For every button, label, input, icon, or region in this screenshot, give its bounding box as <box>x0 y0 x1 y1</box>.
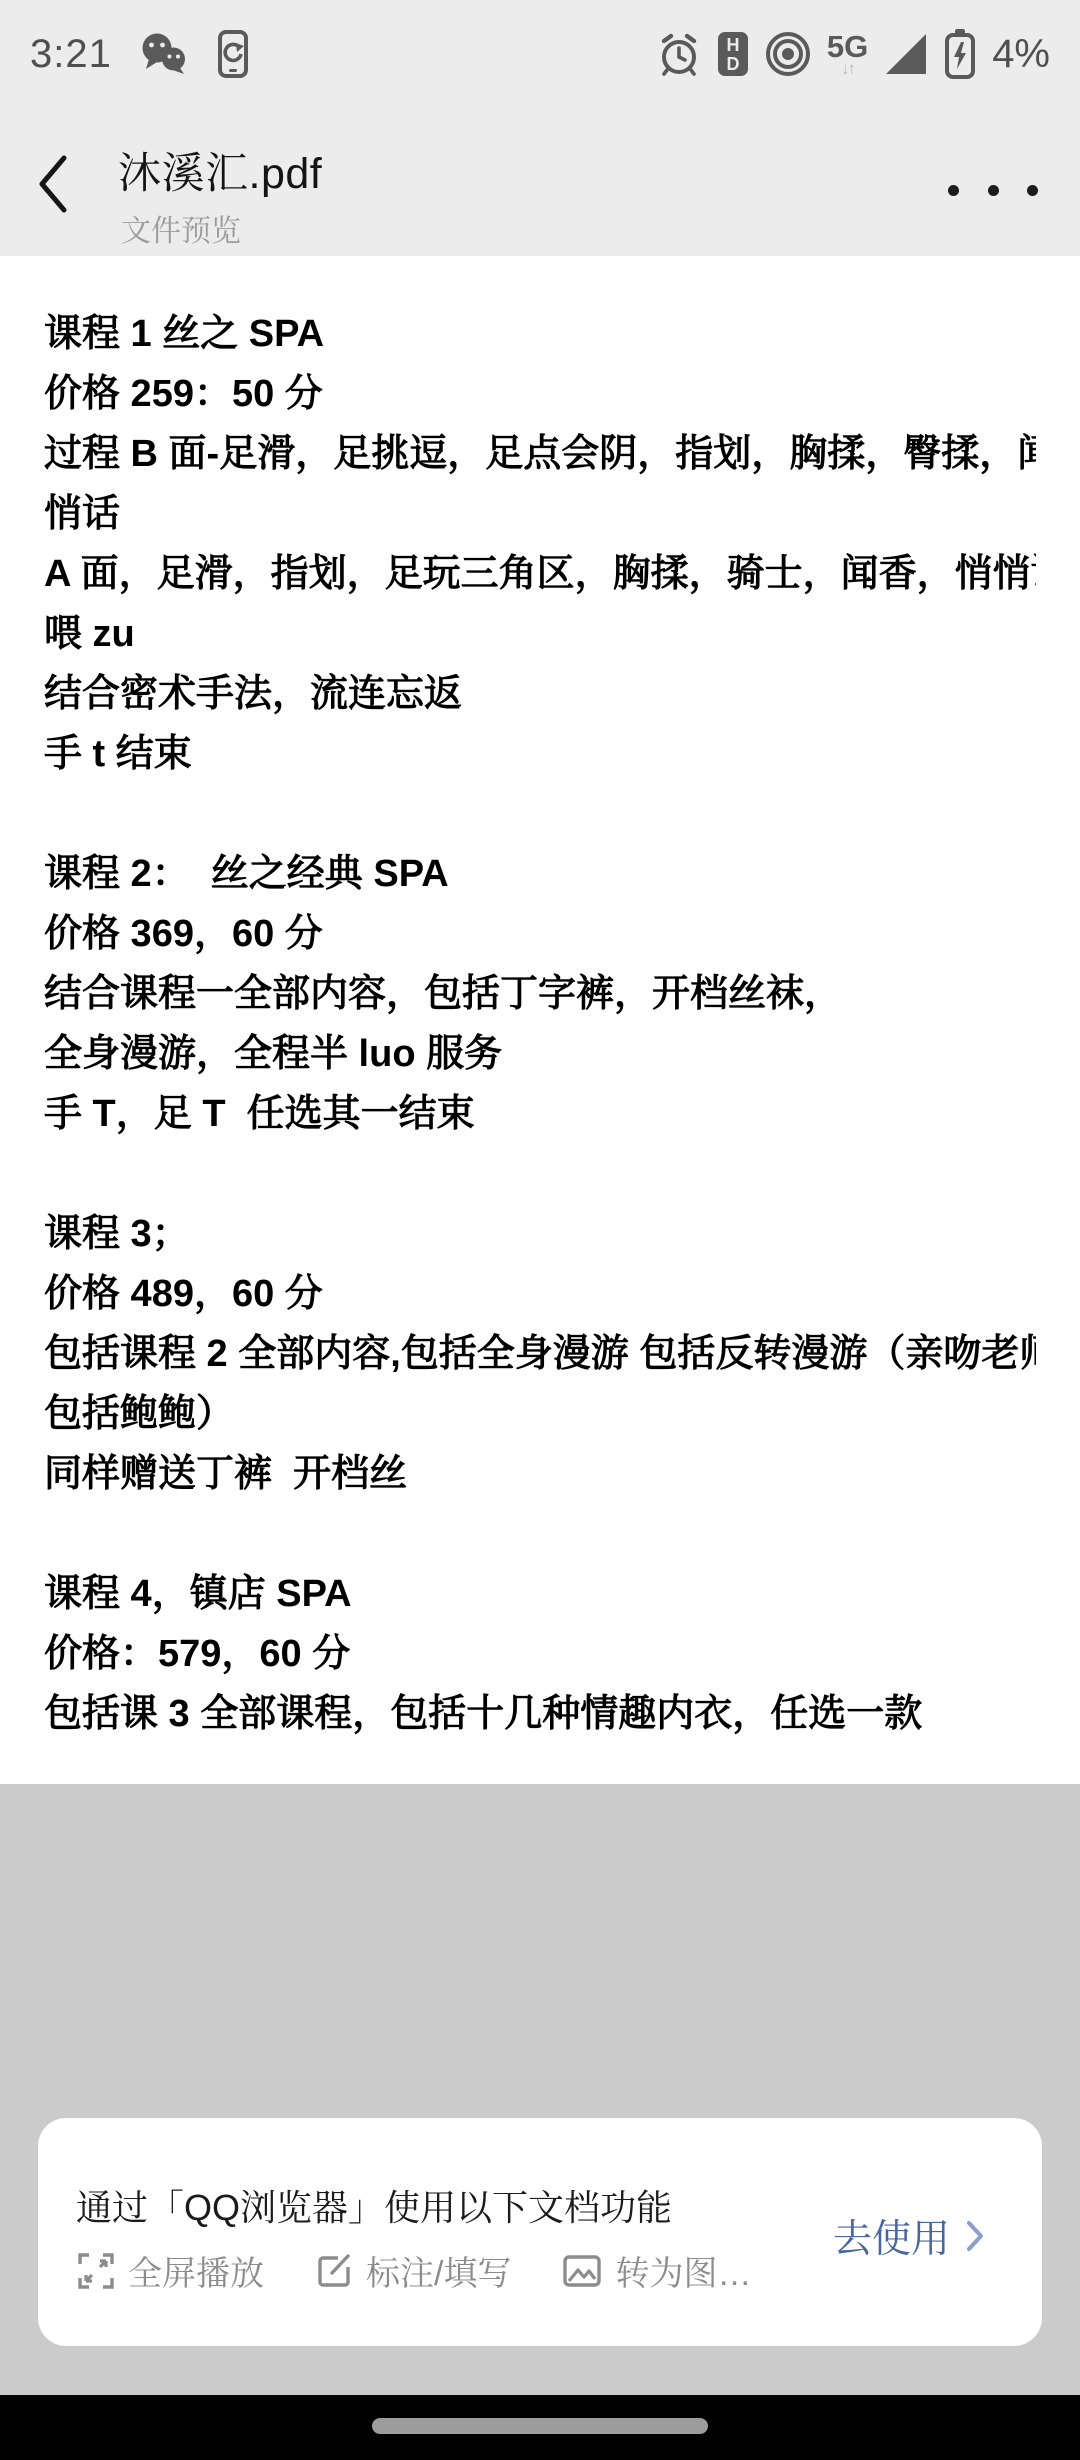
doc-line: 价格：579，60 分 <box>44 1624 1036 1684</box>
wechat-icon <box>140 32 188 76</box>
back-button[interactable] <box>34 152 74 216</box>
doc-line: 同样赠送丁裤 开档丝 <box>44 1444 1036 1504</box>
network-type: 5G ↓↑ <box>827 31 868 77</box>
top-chrome: 3:21 <box>0 0 1080 256</box>
fullscreen-icon <box>76 2251 116 2291</box>
status-bar: 3:21 <box>0 18 1080 90</box>
doc-line: 手 T，足 T 任选其一结束 <box>44 1084 1036 1144</box>
doc-line: A 面，足滑，指划，足玩三角区，胸揉，骑士，闻香，悄悄话，主动 <box>44 544 1036 604</box>
status-left: 3:21 <box>30 29 250 79</box>
file-preview-label: 文件预览 <box>121 206 241 250</box>
doc-line <box>44 784 1036 844</box>
promo-actions: 全屏播放 标注/填写 转为图… <box>76 2246 751 2295</box>
pdf-page-content[interactable]: 课程 1 丝之 SPA 价格 259：50 分 过程 B 面-足滑，足挑逗，足点… <box>0 256 1080 1784</box>
doc-line: 喂 zu <box>44 604 1036 664</box>
doc-line: 结合密术手法，流连忘返 <box>44 664 1036 724</box>
annotate-fill-label: 标注/填写 <box>366 2246 511 2295</box>
annotate-icon <box>314 2251 354 2291</box>
fullscreen-play-action[interactable]: 全屏播放 <box>76 2246 264 2295</box>
doc-line: 包括课 3 全部课程，包括十几种情趣内衣，任选一款 <box>44 1684 1036 1744</box>
battery-icon <box>944 29 976 79</box>
chevron-right-icon <box>964 2218 986 2254</box>
overflow-dot-icon <box>948 185 959 196</box>
file-preview-screen: 3:21 <box>0 0 1080 2460</box>
screen-sync-icon <box>216 29 250 79</box>
network-label: 5G <box>827 31 868 62</box>
home-indicator[interactable] <box>372 2418 708 2434</box>
doc-line: 全身漫游，全程半 luo 服务 <box>44 1024 1036 1084</box>
file-title: 沐溪汇.pdf <box>118 140 322 201</box>
battery-percent-text: 4% <box>992 32 1050 77</box>
doc-line <box>44 1504 1036 1564</box>
doc-line: 过程 B 面-足滑，足挑逗，足点会阴，指划，胸揉，臀揉，闻香，悄 <box>44 424 1036 484</box>
annotate-fill-action[interactable]: 标注/填写 <box>314 2246 511 2295</box>
svg-text:H: H <box>726 35 739 55</box>
doc-line: 价格 369，60 分 <box>44 904 1036 964</box>
system-nav-bar <box>0 2395 1080 2460</box>
go-use-button[interactable]: 去使用 <box>833 2208 986 2264</box>
doc-line: 课程 1 丝之 SPA <box>44 304 1036 364</box>
signal-strength-icon <box>884 32 928 76</box>
svg-text:D: D <box>726 54 739 74</box>
qq-browser-promo-card: 通过「QQ浏览器」使用以下文档功能 全屏播放 <box>38 2118 1042 2346</box>
doc-line: 包括课程 2 全部内容,包括全身漫游 包括反转漫游（亲吻老师全身， <box>44 1324 1036 1384</box>
promo-title: 通过「QQ浏览器」使用以下文档功能 <box>76 2180 672 2231</box>
doc-line: 手 t 结束 <box>44 724 1036 784</box>
alarm-icon <box>657 31 701 77</box>
convert-to-image-label: 转为图… <box>615 2246 751 2295</box>
volte-hd-icon: H D <box>717 31 749 77</box>
overflow-dot-icon <box>988 185 999 196</box>
overflow-menu-button[interactable] <box>948 172 1038 208</box>
convert-image-icon <box>561 2251 603 2291</box>
doc-line <box>44 1144 1036 1204</box>
hotspot-icon <box>765 31 811 77</box>
doc-line: 课程 3； <box>44 1204 1036 1264</box>
doc-line: 课程 4，镇店 SPA <box>44 1564 1036 1624</box>
doc-line: 价格 489，60 分 <box>44 1264 1036 1324</box>
go-use-label: 去使用 <box>833 2208 950 2264</box>
convert-to-image-action[interactable]: 转为图… <box>561 2246 751 2295</box>
status-right: H D 5G ↓↑ <box>657 29 1050 79</box>
doc-line: 包括鲍鲍） <box>44 1384 1036 1444</box>
doc-line: 结合课程一全部内容，包括丁字裤，开档丝袜， <box>44 964 1036 1024</box>
overflow-dot-icon <box>1027 185 1038 196</box>
network-arrows-icon: ↓↑ <box>841 60 854 77</box>
fullscreen-play-label: 全屏播放 <box>128 2246 264 2295</box>
clock-text: 3:21 <box>30 32 112 77</box>
doc-line: 课程 2： 丝之经典 SPA <box>44 844 1036 904</box>
doc-line: 价格 259：50 分 <box>44 364 1036 424</box>
doc-line: 悄话 <box>44 484 1036 544</box>
